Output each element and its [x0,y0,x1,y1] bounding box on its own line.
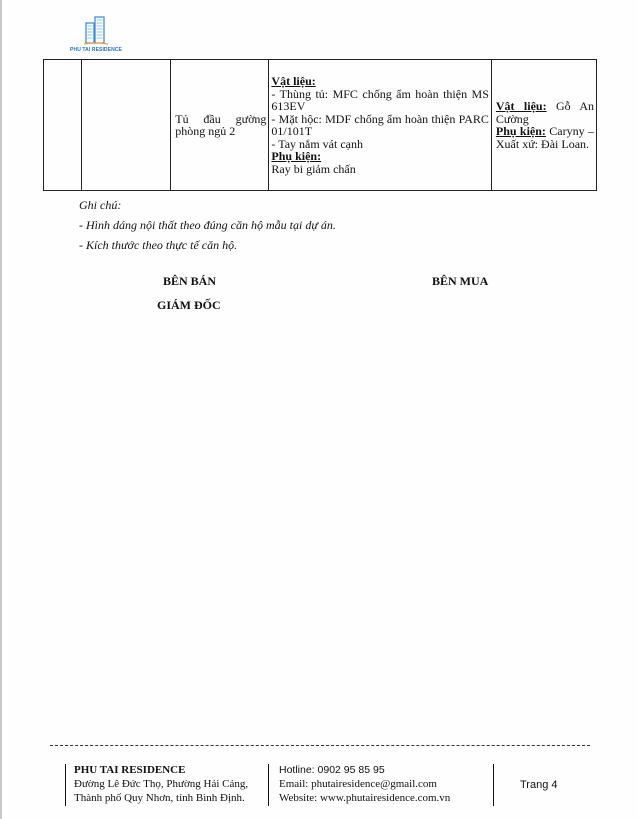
cell-area [81,60,171,191]
footer-page-number: Trang 4 [520,778,558,792]
footer-bar-middle [268,764,269,806]
buyer-label: BÊN MUA [432,274,488,289]
footer-company: PHU TAI RESIDENCE [74,763,248,777]
seller-title: GIÁM ĐỐC [157,298,221,313]
cell-brand: Vật liệu: Gỗ An Cường Phụ kiện: Caryny –… [491,60,596,191]
page-left-edge [0,0,2,819]
table-row: Tủ đầu gường phòng ngủ 2 Vật liệu: - Thù… [44,60,597,191]
footer-company-block: PHU TAI RESIDENCE Đường Lê Đức Thọ, Phườ… [74,763,248,805]
spec-material-label: Vật liệu: [271,75,488,88]
cell-item-name: Tủ đầu gường phòng ngủ 2 [171,60,269,191]
note-item: - Hình dáng nội thất theo đúng căn hộ mẫ… [79,218,336,238]
footer-bar-right [493,764,494,806]
footer-hotline: Hotline: 0902 95 85 95 [279,763,450,777]
footer-website[interactable]: Website: www.phutairesidence.com.vn [279,791,450,805]
footer-bar-left [65,764,66,806]
logo-text: PHU TAI RESIDENCE [64,47,128,53]
footer-email[interactable]: Email: phutairesidence@gmail.com [279,777,450,791]
company-logo: PHU TAI RESIDENCE [64,14,128,58]
notes-title: Ghi chú: [79,198,336,218]
spec-material-line: - Mặt hộc: MDF chống ẩm hoàn thiện PARC … [271,113,488,138]
footer-contact-block: Hotline: 0902 95 85 95 Email: phutairesi… [279,763,450,805]
building-logo-icon [83,14,109,46]
spec-material-line: - Thùng tủ: MFC chống ẩm hoàn thiện MS 6… [271,88,488,113]
spec-accessory-value: Ray bi giảm chấn [271,163,488,176]
note-item: - Kích thước theo thực tế căn hộ. [79,238,336,258]
cell-specification: Vật liệu: - Thùng tủ: MFC chống ẩm hoàn … [269,60,491,191]
seller-label: BÊN BÁN [163,274,216,289]
cell-index [44,60,82,191]
footer-address-1: Đường Lê Đức Thọ, Phường Hải Cảng, [74,777,248,791]
footer-address-2: Thành phố Quy Nhơn, tỉnh Bình Định. [74,791,248,805]
spec-accessory-label: Phụ kiện: [271,150,488,163]
notes-section: Ghi chú: - Hình dáng nội thất theo đúng … [79,198,336,258]
footer-divider [50,745,590,746]
furniture-table: Tủ đầu gường phòng ngủ 2 Vật liệu: - Thù… [43,59,597,191]
